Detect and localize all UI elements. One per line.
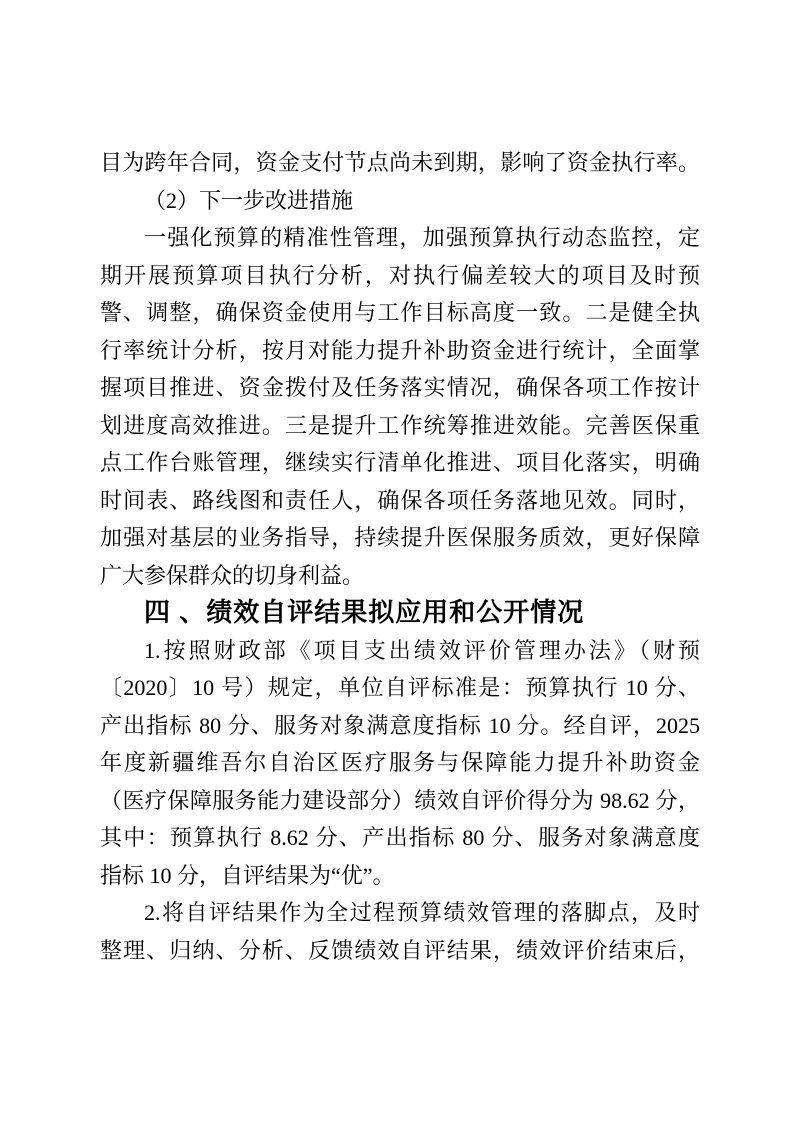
text-line: 警、调整，确保资金使用与工作目标高度一致。二是健全执 bbox=[100, 294, 700, 332]
text-line: 行率统计分析，按月对能力提升补助资金进行统计，全面掌 bbox=[100, 332, 700, 370]
text-line: （医疗保障服务能力建设部分）绩效自评价得分为 98.62 分， bbox=[100, 782, 700, 820]
text-line: 一强化预算的精准性管理，加强预算执行动态监控，定 bbox=[100, 219, 700, 257]
text-line: 指标 10 分，自评结果为“优”。 bbox=[100, 857, 700, 895]
text-line: 产出指标 80 分、服务对象满意度指标 10 分。经自评，2025 bbox=[100, 707, 700, 745]
text-line: 1.按照财政部《项目支出绩效评价管理办法》（财预 bbox=[100, 632, 700, 670]
text-line: 加强对基层的业务指导，持续提升医保服务质效，更好保障 bbox=[100, 519, 700, 557]
document-body: 目为跨年合同，资金支付节点尚未到期，影响了资金执行率。 （2）下一步改进措施 一… bbox=[100, 144, 700, 969]
text-line: 年度新疆维吾尔自治区医疗服务与保障能力提升补助资金 bbox=[100, 744, 700, 782]
section-heading: 四 、绩效自评结果拟应用和公开情况 bbox=[100, 594, 700, 632]
text-line: 广大参保群众的切身利益。 bbox=[100, 557, 700, 595]
document-page: 目为跨年合同，资金支付节点尚未到期，影响了资金执行率。 （2）下一步改进措施 一… bbox=[0, 0, 793, 1122]
text-line: 其中：预算执行 8.62 分、产出指标 80 分、服务对象满意度 bbox=[100, 819, 700, 857]
text-line: 划进度高效推进。三是提升工作统筹推进效能。完善医保重 bbox=[100, 407, 700, 445]
text-line: 期开展预算项目执行分析，对执行偏差较大的项目及时预 bbox=[100, 257, 700, 295]
text-line: 目为跨年合同，资金支付节点尚未到期，影响了资金执行率。 bbox=[100, 144, 700, 182]
text-line: 时间表、路线图和责任人，确保各项任务落地见效。同时， bbox=[100, 482, 700, 520]
text-line: 握项目推进、资金拨付及任务落实情况，确保各项工作按计 bbox=[100, 369, 700, 407]
text-line: 点工作台账管理，继续实行清单化推进、项目化落实，明确 bbox=[100, 444, 700, 482]
text-line: 整理、归纳、分析、反馈绩效自评结果，绩效评价结束后， bbox=[100, 932, 700, 970]
text-line: 〔2020〕10 号）规定，单位自评标准是：预算执行 10 分、 bbox=[100, 669, 700, 707]
text-line: （2）下一步改进措施 bbox=[100, 182, 700, 220]
text-line: 2.将自评结果作为全过程预算绩效管理的落脚点，及时 bbox=[100, 894, 700, 932]
